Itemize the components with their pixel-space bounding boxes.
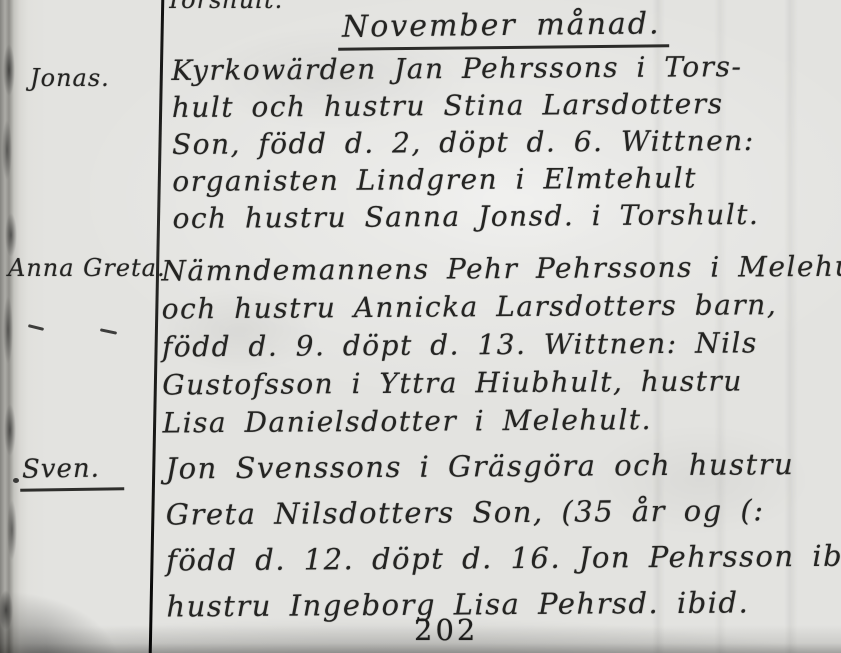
record-line: Kyrkowärden Jan Pehrssons i Tors- [171, 48, 758, 89]
record-line: hustru Ingeborg Lisa Pehrsd. ibid. [166, 578, 841, 629]
record-line: Lisa Danielsdotter i Melehult. [162, 400, 841, 443]
margin-name-jonas: Jonas. [30, 64, 110, 92]
record-line: Nämndemannens Pehr Pehrssons i Melehult [161, 248, 841, 291]
manuscript-page: Torshult. November månad. Jonas. Anna Gr… [0, 0, 841, 653]
record-entry-jonas: Kyrkowärden Jan Pehrssons i Tors- hult o… [171, 48, 759, 237]
margin-name-sven-text: Sven. [20, 453, 124, 491]
record-line: Gustofsson i Yttra Hiubhult, hustru [162, 362, 841, 405]
place-heading: Torshult. [166, 0, 283, 14]
margin-name-sven: Sven. [20, 454, 124, 491]
record-line: Jon Svenssons i Gräsgöra och hustru [165, 440, 841, 491]
record-entry-sven: Jon Svenssons i Gräsgöra och hustru Gret… [165, 440, 841, 629]
month-header-text: November månad. [338, 6, 669, 50]
ink-speck [13, 478, 19, 483]
record-line: Son, född d. 2, döpt d. 6. Wittnen: [172, 122, 759, 163]
record-line: och hustru Sanna Jonsd. i Torshult. [172, 196, 759, 237]
month-header: November månad. [338, 6, 669, 50]
margin-name-anna-greta: Anna Greta. [8, 254, 166, 282]
record-line: organisten Lindgren i Elmtehult [172, 159, 759, 200]
page-number: 202 [414, 613, 478, 647]
record-line: Greta Nilsdotters Son, (35 år og (: [166, 486, 841, 537]
record-line: född d. 12. döpt d. 16. Jon Pehrsson ibi… [166, 532, 841, 583]
record-line: hult och hustru Stina Larsdotters [172, 85, 759, 126]
record-entry-anna-greta: Nämndemannens Pehr Pehrssons i Melehult … [161, 248, 841, 443]
record-line: och hustru Annicka Larsdotters barn, [162, 286, 841, 329]
ink-speck [100, 328, 117, 334]
record-line: född d. 9. döpt d. 13. Wittnen: Nils [162, 324, 841, 367]
